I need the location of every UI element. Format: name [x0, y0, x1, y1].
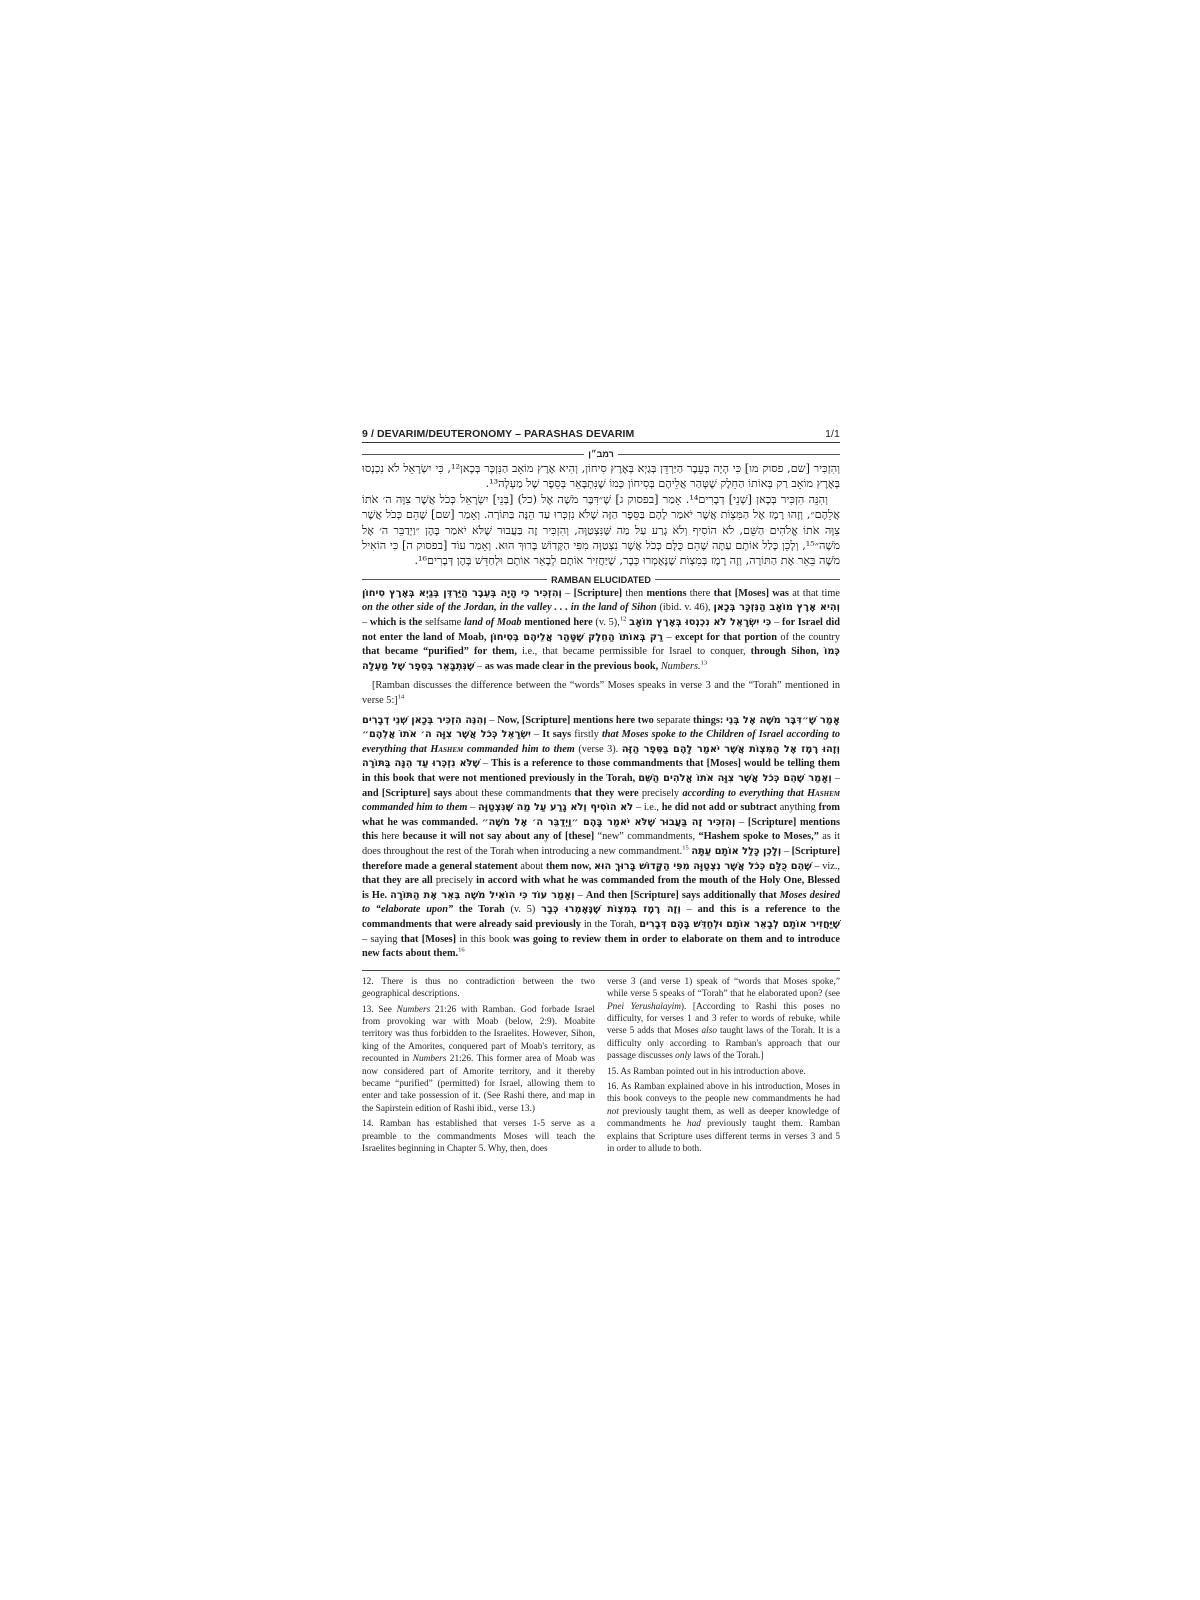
footnotes: 12. There is thus no contradiction betwe…: [362, 976, 840, 1159]
text: –: [362, 617, 370, 628]
text: according to everything that: [682, 788, 807, 799]
footnotes-right-column: verse 3 (and verse 1) speak of “words th…: [607, 976, 840, 1159]
text: 16. As Ramban explained above in his int…: [607, 1082, 840, 1104]
elucidated-section-divider: RAMBAN ELUCIDATED: [362, 575, 840, 585]
text: precisely: [433, 875, 476, 886]
text: laws of the Torah.]: [691, 1051, 763, 1061]
hebrew-lemma: שֶׁיַּחֲזִיר אוֹתָם לְבָאֵר אוֹתָם וּלְח…: [639, 919, 840, 930]
text: in the Torah,: [581, 919, 639, 930]
text: of the country: [777, 632, 840, 643]
hebrew-lemma: וְאָמַר שֶׁהֵם כְּכֹל אֲשֶׁר צִוָּה אֹתו…: [638, 773, 831, 784]
text: commanded him to them: [463, 744, 575, 755]
text: mentions: [646, 588, 686, 599]
footnote-divider: [362, 970, 840, 971]
text: Hashem: [430, 744, 463, 755]
hebrew-paragraph: וְהִנֵּה הִזְכִּיר בְּכָאן [שְׁנֵי] דְבָ…: [362, 492, 840, 569]
text: also: [701, 1026, 717, 1036]
text: –: [735, 817, 748, 828]
elucidated-text: וְהִזְכִּיר כִּי הָיָה בְּעֵבֶר הַיַּרְד…: [362, 587, 840, 962]
text: he did not add or subtract: [662, 802, 777, 813]
text: there: [686, 588, 713, 599]
text: the Torah: [453, 904, 505, 915]
ramban-section-label: רמב״ן: [584, 449, 618, 459]
text: them now,: [546, 861, 591, 872]
text: about: [518, 861, 546, 872]
text: (v. 5),: [593, 617, 620, 628]
footnote-ref-13[interactable]: 13: [701, 659, 708, 666]
text: 13. See: [362, 1005, 397, 1015]
footnote-14: 14. Ramban has established that verses 1…: [362, 1118, 595, 1155]
text: and [Scripture] says: [362, 788, 452, 799]
hebrew-lemma: כִּי יִשְׂרָאֵל לֹא נִכְנְסוּ בְּאֶרֶץ מ…: [629, 617, 771, 628]
text: about these commandments: [452, 788, 574, 799]
footnote-14-continued: verse 3 (and verse 1) speak of “words th…: [607, 976, 840, 1063]
text: at that time: [789, 588, 840, 599]
text: that they were: [574, 788, 638, 799]
text: land of Moab: [464, 617, 522, 628]
text: – saying: [362, 934, 401, 945]
text: And then [Scripture] says additionally t…: [586, 890, 780, 901]
text: [Scripture]: [574, 588, 622, 599]
text: mentioned here: [522, 617, 593, 628]
footnote-13: 13. See Numbers 21:26 with Ramban. God f…: [362, 1004, 595, 1116]
text: –: [832, 773, 840, 784]
hebrew-lemma: וְהִזְכִּיר כִּי הָיָה בְּעֵבֶר הַיַּרְד…: [362, 588, 562, 599]
text: (v. 5): [505, 904, 541, 915]
footnote-ref-12[interactable]: 12: [620, 616, 627, 623]
text: then: [622, 588, 646, 599]
hebrew-lemma: וְהִיא אֶרֶץ מוֹאָב הַנִּזְכָּר בְּכָאן: [713, 602, 840, 613]
text: selfsame: [422, 617, 464, 628]
text: i.e., that became permissible for Israel…: [517, 646, 751, 657]
text: –: [480, 758, 491, 769]
footnote-12: 12. There is thus no contradiction betwe…: [362, 976, 595, 1001]
text: Hashem: [807, 788, 840, 799]
text: in this book: [456, 934, 513, 945]
text: on the other side of the Jordan, in the …: [362, 602, 657, 613]
text: –: [771, 617, 782, 628]
text: separate: [654, 715, 693, 726]
text: that became “purified” for them,: [362, 646, 517, 657]
running-head-folio: 1/1: [825, 428, 840, 440]
elucidation-paragraph-1: וְהִזְכִּיר כִּי הָיָה בְּעֵבֶר הַיַּרְד…: [362, 587, 840, 675]
text: “new” commandments,: [594, 831, 698, 842]
text: –: [663, 632, 675, 643]
text: because it will not say about any of [th…: [403, 831, 595, 842]
elucidation-paragraph-2: וְהִנֵּה הִזְכִּיר בְּכָאן שְׁנֵי דְבָרִ…: [362, 714, 840, 962]
ramban-section-divider: רמב״ן: [362, 449, 840, 459]
hebrew-lemma: וְזֶה רֶמֶז בְּמִצְוֹת שֶׁנֶּאֶמְרוּ כְּ…: [541, 904, 681, 915]
text: through Sihon,: [751, 646, 819, 657]
text: [Ramban discusses the difference between…: [362, 680, 840, 706]
elucidated-section-label: RAMBAN ELUCIDATED: [547, 575, 655, 585]
text: –: [575, 890, 586, 901]
text: – i.e.,: [633, 802, 661, 813]
footnote-15: 15. As Ramban pointed out in his introdu…: [607, 1066, 840, 1078]
text: –: [781, 846, 791, 857]
text: not: [607, 1107, 619, 1117]
text: verse 3 (and verse 1) speak of “words th…: [607, 977, 840, 999]
text: Numbers: [397, 1005, 431, 1015]
text: Numbers.: [661, 661, 701, 672]
footnote-ref-16[interactable]: 16: [458, 947, 465, 954]
hebrew-lemma: וְהִזְכִּיר זֶה בַּעֲבוּר שֶׁלֹּא יֹאמַר…: [482, 817, 736, 828]
hebrew-paragraph: וְהִזְכִּיר [שם, פסוק מו] כִּי הָיָה בְּ…: [362, 461, 840, 492]
text: Now, [Scripture] mentions here two: [497, 715, 654, 726]
footnote-16: 16. As Ramban explained above in his int…: [607, 1081, 840, 1155]
text: things:: [693, 715, 723, 726]
text: – viz.,: [812, 861, 840, 872]
text: had: [687, 1119, 701, 1129]
book-page: 9 / DEVARIM/DEUTERONOMY – PARASHAS DEVAR…: [362, 428, 840, 1158]
hebrew-lemma: וְהִנֵּה הִזְכִּיר בְּכָאן שְׁנֵי דְבָרִ…: [362, 715, 487, 726]
hebrew-lemma: וְלָכֵן כָּלַל אוֹתָם עַתָּה: [691, 846, 781, 857]
text: commanded him to them: [362, 802, 467, 813]
text: “Hashem spoke to Moses,”: [698, 831, 818, 842]
text: –: [681, 904, 698, 915]
running-head: 9 / DEVARIM/DEUTERONOMY – PARASHAS DEVAR…: [362, 428, 840, 443]
text: only: [675, 1051, 691, 1061]
text: –: [531, 729, 542, 740]
text: that they are all: [362, 875, 433, 886]
text: firstly: [571, 729, 602, 740]
text: It says: [542, 729, 571, 740]
footnotes-left-column: 12. There is thus no contradiction betwe…: [362, 976, 595, 1159]
hebrew-lemma: וְאָמַר עוֹד כִּי הוֹאִיל מֹשֶׁה בֵּאֵר …: [390, 890, 574, 901]
text: –: [487, 715, 498, 726]
text: –: [467, 802, 478, 813]
text: except for that portion: [675, 632, 777, 643]
hebrew-ramban-text: וְהִזְכִּיר [שם, פסוק מו] כִּי הָיָה בְּ…: [362, 461, 840, 569]
footnote-ref-14[interactable]: 14: [398, 694, 405, 701]
text: –: [562, 588, 574, 599]
text: –: [474, 661, 484, 672]
text: Pnei Yerushalayim: [607, 1002, 681, 1012]
text: here: [378, 831, 403, 842]
text: Numbers: [413, 1054, 447, 1064]
text: which is the: [370, 617, 422, 628]
hebrew-lemma: רַק בְּאוֹתוֹ הַחֵלֶק שֶׁטָּהַר אֲלֵיהֶם…: [490, 632, 663, 643]
hebrew-lemma: שֶׁהֵם כֻּלָּם כְּכֹל אֲשֶׁר נִצְטַוָּה …: [594, 861, 812, 872]
text: that [Moses] was: [714, 588, 789, 599]
hebrew-lemma: לֹא הוֹסִיף וְלֹא גָרַע עַל מַה שֶּׁנִּצ…: [478, 802, 633, 813]
text: (ibid. v. 46),: [657, 602, 714, 613]
running-head-title: 9 / DEVARIM/DEUTERONOMY – PARASHAS DEVAR…: [362, 428, 634, 440]
bracketed-note: [Ramban discusses the difference between…: [362, 679, 840, 708]
text: that [Moses]: [401, 934, 456, 945]
text: (verse 3).: [575, 744, 622, 755]
text: precisely: [639, 788, 683, 799]
text: anything: [777, 802, 818, 813]
footnote-ref-15[interactable]: 15: [682, 845, 689, 852]
text: as was made clear in the previous book,: [485, 661, 659, 672]
